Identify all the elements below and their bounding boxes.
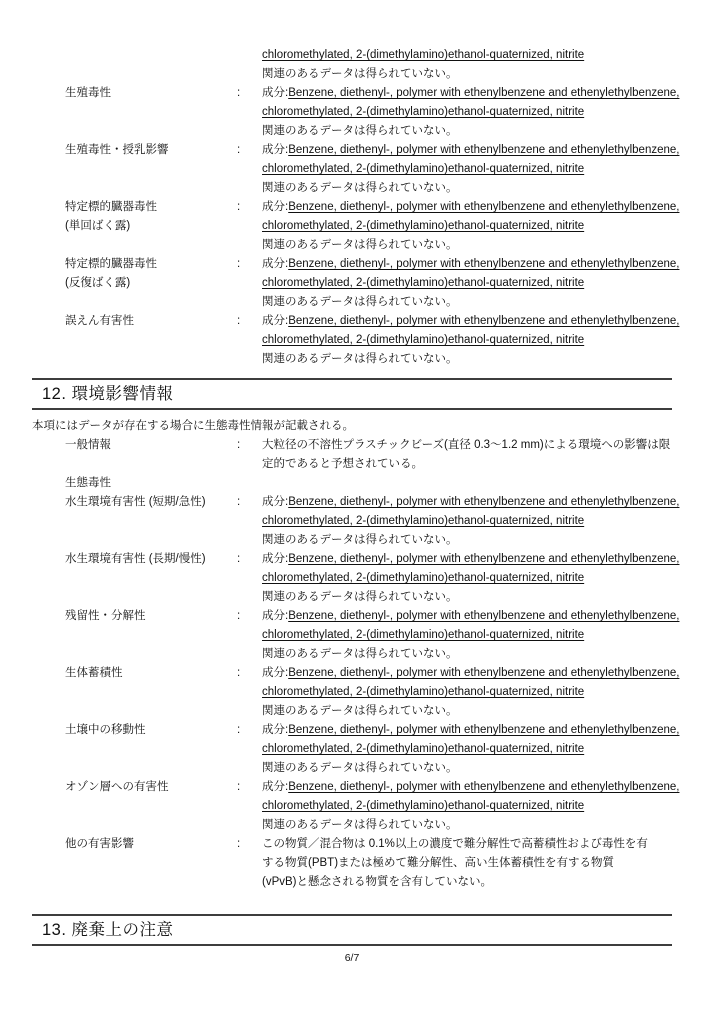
row-label-text: 一般情報 [65, 436, 237, 455]
content-line: (vPvB)と懸念される物質を含有していない。 [262, 873, 672, 892]
content-line: 成分:Benzene, diethenyl-, polymer with eth… [262, 255, 679, 274]
row-label: 他の有害影響 [65, 835, 237, 892]
row-content: 成分:Benzene, diethenyl-, polymer with eth… [262, 312, 679, 369]
content-line: chloromethylated, 2-(dimethylamino)ethan… [262, 103, 679, 122]
row-label-subtext: (単回ばく露) [65, 217, 237, 236]
underlined-chemical-name: chloromethylated, 2-(dimethylamino)ethan… [262, 800, 584, 812]
content-line: 関連のあるデータは得られていない。 [262, 236, 679, 255]
underlined-chemical-name: chloromethylated, 2-(dimethylamino)ethan… [262, 163, 584, 175]
text-segment: 関連のあるデータは得られていない。 [262, 648, 458, 660]
row-label: 生殖毒性・授乳影響 [65, 141, 237, 198]
content-line: 成分:Benzene, diethenyl-, polymer with eth… [262, 721, 679, 740]
table-row: 生体蓄積性:成分:Benzene, diethenyl-, polymer wi… [65, 664, 672, 721]
content-line: 成分:Benzene, diethenyl-, polymer with eth… [262, 312, 679, 331]
text-segment: 関連のあるデータは得られていない。 [262, 296, 458, 308]
row-label: 特定標的臓器毒性(反復ばく露) [65, 255, 237, 312]
content-line: する物質(PBT)または極めて難分解性、高い生体蓄積性を有する物質 [262, 854, 672, 873]
underlined-chemical-name: Benzene, diethenyl-, polymer with etheny… [288, 781, 679, 793]
row-colon: : [237, 664, 262, 721]
row-label-text: 特定標的臓器毒性 [65, 255, 237, 274]
text-segment: 成分: [262, 724, 288, 736]
underlined-chemical-name: Benzene, diethenyl-, polymer with etheny… [288, 724, 679, 736]
content-line: 関連のあるデータは得られていない。 [262, 645, 679, 664]
text-segment: この物質／混合物は 0.1%以上の濃度で難分解性で高蓄積性および毒性を有 [262, 838, 648, 850]
text-segment: 成分: [262, 553, 288, 565]
row-colon: : [237, 436, 262, 474]
table-row: 特定標的臓器毒性(反復ばく露):成分:Benzene, diethenyl-, … [65, 255, 672, 312]
content-line: 関連のあるデータは得られていない。 [262, 759, 679, 778]
text-segment: 関連のあるデータは得られていない。 [262, 762, 458, 774]
text-segment: 成分: [262, 610, 288, 622]
content-line: 関連のあるデータは得られていない。 [262, 816, 679, 835]
toxicology-rows: chloromethylated, 2-(dimethylamino)ethan… [32, 46, 672, 369]
text-segment: する物質(PBT)または極めて難分解性、高い生体蓄積性を有する物質 [262, 857, 614, 869]
content-line: chloromethylated, 2-(dimethylamino)ethan… [262, 331, 679, 350]
content-line: 関連のあるデータは得られていない。 [262, 350, 679, 369]
underlined-chemical-name: Benzene, diethenyl-, polymer with etheny… [288, 87, 679, 99]
text-segment: 成分: [262, 496, 288, 508]
content-line: chloromethylated, 2-(dimethylamino)ethan… [262, 683, 679, 702]
table-row: 生殖毒性:成分:Benzene, diethenyl-, polymer wit… [65, 84, 672, 141]
text-segment: 成分: [262, 667, 288, 679]
table-row: 生殖毒性・授乳影響:成分:Benzene, diethenyl-, polyme… [65, 141, 672, 198]
table-row: 生態毒性 [65, 474, 672, 493]
row-colon: : [237, 312, 262, 369]
row-content [262, 474, 672, 493]
row-label: 誤えん有害性 [65, 312, 237, 369]
row-label: 生体蓄積性 [65, 664, 237, 721]
underlined-chemical-name: chloromethylated, 2-(dimethylamino)ethan… [262, 334, 584, 346]
row-content: 成分:Benzene, diethenyl-, polymer with eth… [262, 721, 679, 778]
row-content: 成分:Benzene, diethenyl-, polymer with eth… [262, 84, 679, 141]
row-colon: : [237, 493, 262, 550]
content-line: この物質／混合物は 0.1%以上の濃度で難分解性で高蓄積性および毒性を有 [262, 835, 672, 854]
underlined-chemical-name: chloromethylated, 2-(dimethylamino)ethan… [262, 515, 584, 527]
page-number: 6/7 [32, 951, 672, 965]
underlined-chemical-name: chloromethylated, 2-(dimethylamino)ethan… [262, 106, 584, 118]
underlined-chemical-name: Benzene, diethenyl-, polymer with etheny… [288, 496, 679, 508]
row-colon: : [237, 198, 262, 255]
content-line: chloromethylated, 2-(dimethylamino)ethan… [262, 274, 679, 293]
row-content: 成分:Benzene, diethenyl-, polymer with eth… [262, 550, 679, 607]
text-segment: 成分: [262, 144, 288, 156]
table-row: 一般情報:大粒径の不溶性プラスチックビーズ(直径 0.3〜1.2 mm)による環… [65, 436, 672, 474]
text-segment: 定的であると予想されている。 [262, 458, 423, 470]
text-segment: 成分: [262, 258, 288, 270]
text-segment: 関連のあるデータは得られていない。 [262, 534, 458, 546]
row-colon: : [237, 721, 262, 778]
underlined-chemical-name: Benzene, diethenyl-, polymer with etheny… [288, 315, 679, 327]
section-12-title: 12. 環境影響情報 [42, 385, 174, 403]
underlined-chemical-name: Benzene, diethenyl-, polymer with etheny… [288, 144, 679, 156]
underlined-chemical-name: Benzene, diethenyl-, polymer with etheny… [288, 553, 679, 565]
row-colon: : [237, 550, 262, 607]
underlined-chemical-name: chloromethylated, 2-(dimethylamino)ethan… [262, 49, 584, 61]
content-line: chloromethylated, 2-(dimethylamino)ethan… [262, 569, 679, 588]
row-content: この物質／混合物は 0.1%以上の濃度で難分解性で高蓄積性および毒性を有する物質… [262, 835, 672, 892]
row-label: 土壌中の移動性 [65, 721, 237, 778]
content-line: 大粒径の不溶性プラスチックビーズ(直径 0.3〜1.2 mm)による環境への影響… [262, 436, 672, 455]
content-line: chloromethylated, 2-(dimethylamino)ethan… [262, 160, 679, 179]
table-row: 水生環境有害性 (短期/急性):成分:Benzene, diethenyl-, … [65, 493, 672, 550]
text-segment: 関連のあるデータは得られていない。 [262, 182, 458, 194]
text-segment: 関連のあるデータは得られていない。 [262, 705, 458, 717]
content-line: 関連のあるデータは得られていない。 [262, 293, 679, 312]
row-label-text: 誤えん有害性 [65, 312, 237, 331]
row-label: 特定標的臓器毒性(単回ばく露) [65, 198, 237, 255]
row-colon: : [237, 255, 262, 312]
underlined-chemical-name: Benzene, diethenyl-, polymer with etheny… [288, 610, 679, 622]
row-label-text: 残留性・分解性 [65, 607, 237, 626]
row-label-text: 生殖毒性 [65, 84, 237, 103]
row-label: 水生環境有害性 (長期/慢性) [65, 550, 237, 607]
row-colon [237, 474, 262, 493]
content-line: 成分:Benzene, diethenyl-, polymer with eth… [262, 141, 679, 160]
row-content: 成分:Benzene, diethenyl-, polymer with eth… [262, 664, 679, 721]
text-segment: 関連のあるデータは得られていない。 [262, 68, 458, 80]
content-line: chloromethylated, 2-(dimethylamino)ethan… [262, 46, 672, 65]
table-row: 残留性・分解性:成分:Benzene, diethenyl-, polymer … [65, 607, 672, 664]
sds-document-page: chloromethylated, 2-(dimethylamino)ethan… [0, 0, 724, 1024]
content-line: 成分:Benzene, diethenyl-, polymer with eth… [262, 664, 679, 683]
row-label-text: 土壌中の移動性 [65, 721, 237, 740]
row-label-text: 水生環境有害性 (長期/慢性) [65, 550, 237, 569]
table-row: 水生環境有害性 (長期/慢性):成分:Benzene, diethenyl-, … [65, 550, 672, 607]
row-label-text: 生態毒性 [65, 474, 237, 493]
row-label: 一般情報 [65, 436, 237, 474]
content-line: 関連のあるデータは得られていない。 [262, 65, 672, 84]
text-segment: 関連のあるデータは得られていない。 [262, 591, 458, 603]
underlined-chemical-name: chloromethylated, 2-(dimethylamino)ethan… [262, 220, 584, 232]
row-content: chloromethylated, 2-(dimethylamino)ethan… [262, 46, 672, 84]
underlined-chemical-name: chloromethylated, 2-(dimethylamino)ethan… [262, 629, 584, 641]
row-label-text: 他の有害影響 [65, 835, 237, 854]
row-label: 水生環境有害性 (短期/急性) [65, 493, 237, 550]
underlined-chemical-name: chloromethylated, 2-(dimethylamino)ethan… [262, 743, 584, 755]
content-line: 関連のあるデータは得られていない。 [262, 588, 679, 607]
row-label-text: 特定標的臓器毒性 [65, 198, 237, 217]
underlined-chemical-name: Benzene, diethenyl-, polymer with etheny… [288, 201, 679, 213]
table-row: 他の有害影響:この物質／混合物は 0.1%以上の濃度で難分解性で高蓄積性および毒… [65, 835, 672, 892]
row-colon [237, 46, 262, 84]
table-row: オゾン層への有害性:成分:Benzene, diethenyl-, polyme… [65, 778, 672, 835]
content-line: 定的であると予想されている。 [262, 455, 672, 474]
underlined-chemical-name: chloromethylated, 2-(dimethylamino)ethan… [262, 277, 584, 289]
text-segment: 大粒径の不溶性プラスチックビーズ(直径 0.3〜1.2 mm)による環境への影響… [262, 439, 670, 451]
row-label-text: 生殖毒性・授乳影響 [65, 141, 237, 160]
row-label: 残留性・分解性 [65, 607, 237, 664]
content-line: 関連のあるデータは得られていない。 [262, 122, 679, 141]
content-line: 成分:Benzene, diethenyl-, polymer with eth… [262, 607, 679, 626]
text-segment: 関連のあるデータは得られていない。 [262, 125, 458, 137]
underlined-chemical-name: Benzene, diethenyl-, polymer with etheny… [288, 667, 679, 679]
content-line: 関連のあるデータは得られていない。 [262, 702, 679, 721]
row-colon: : [237, 607, 262, 664]
underlined-chemical-name: Benzene, diethenyl-, polymer with etheny… [288, 258, 679, 270]
row-label-text: 水生環境有害性 (短期/急性) [65, 493, 237, 512]
content-line: 成分:Benzene, diethenyl-, polymer with eth… [262, 198, 679, 217]
content-line: 成分:Benzene, diethenyl-, polymer with eth… [262, 84, 679, 103]
content-line: 成分:Benzene, diethenyl-, polymer with eth… [262, 493, 679, 512]
text-segment: 成分: [262, 201, 288, 213]
content-line: 成分:Benzene, diethenyl-, polymer with eth… [262, 550, 679, 569]
section-12-intro: 本項にはデータが存在する場合に生態毒性情報が記載される。 [32, 417, 672, 436]
row-colon: : [237, 84, 262, 141]
row-label-subtext: (反復ばく露) [65, 274, 237, 293]
text-segment: 成分: [262, 315, 288, 327]
content-line: chloromethylated, 2-(dimethylamino)ethan… [262, 217, 679, 236]
row-colon: : [237, 141, 262, 198]
row-label [65, 46, 237, 84]
content-line: 成分:Benzene, diethenyl-, polymer with eth… [262, 778, 679, 797]
table-row: 土壌中の移動性:成分:Benzene, diethenyl-, polymer … [65, 721, 672, 778]
environment-rows: 一般情報:大粒径の不溶性プラスチックビーズ(直径 0.3〜1.2 mm)による環… [32, 436, 672, 892]
row-label: 生殖毒性 [65, 84, 237, 141]
row-colon: : [237, 778, 262, 835]
underlined-chemical-name: chloromethylated, 2-(dimethylamino)ethan… [262, 572, 584, 584]
section-13-title: 13. 廃棄上の注意 [42, 921, 174, 939]
row-content: 成分:Benzene, diethenyl-, polymer with eth… [262, 255, 679, 312]
content-line: chloromethylated, 2-(dimethylamino)ethan… [262, 512, 679, 531]
row-label-text: オゾン層への有害性 [65, 778, 237, 797]
content-line: 関連のあるデータは得られていない。 [262, 531, 679, 550]
table-row: chloromethylated, 2-(dimethylamino)ethan… [65, 46, 672, 84]
row-content: 大粒径の不溶性プラスチックビーズ(直径 0.3〜1.2 mm)による環境への影響… [262, 436, 672, 474]
row-content: 成分:Benzene, diethenyl-, polymer with eth… [262, 493, 679, 550]
section-12-header: 12. 環境影響情報 [32, 378, 672, 410]
text-segment: 成分: [262, 87, 288, 99]
content-line: chloromethylated, 2-(dimethylamino)ethan… [262, 797, 679, 816]
content-line: chloromethylated, 2-(dimethylamino)ethan… [262, 626, 679, 645]
row-label-text: 生体蓄積性 [65, 664, 237, 683]
row-content: 成分:Benzene, diethenyl-, polymer with eth… [262, 141, 679, 198]
row-content: 成分:Benzene, diethenyl-, polymer with eth… [262, 778, 679, 835]
text-segment: (vPvB)と懸念される物質を含有していない。 [262, 876, 492, 888]
table-row: 特定標的臓器毒性(単回ばく露):成分:Benzene, diethenyl-, … [65, 198, 672, 255]
row-label: オゾン層への有害性 [65, 778, 237, 835]
row-colon: : [237, 835, 262, 892]
text-segment: 関連のあるデータは得られていない。 [262, 353, 458, 365]
row-content: 成分:Benzene, diethenyl-, polymer with eth… [262, 607, 679, 664]
text-segment: 関連のあるデータは得られていない。 [262, 239, 458, 251]
row-content: 成分:Benzene, diethenyl-, polymer with eth… [262, 198, 679, 255]
section-13-header: 13. 廃棄上の注意 [32, 914, 672, 946]
table-row: 誤えん有害性:成分:Benzene, diethenyl-, polymer w… [65, 312, 672, 369]
text-segment: 関連のあるデータは得られていない。 [262, 819, 458, 831]
text-segment: 成分: [262, 781, 288, 793]
content-line: 関連のあるデータは得られていない。 [262, 179, 679, 198]
content-line: chloromethylated, 2-(dimethylamino)ethan… [262, 740, 679, 759]
underlined-chemical-name: chloromethylated, 2-(dimethylamino)ethan… [262, 686, 584, 698]
row-label: 生態毒性 [65, 474, 237, 493]
